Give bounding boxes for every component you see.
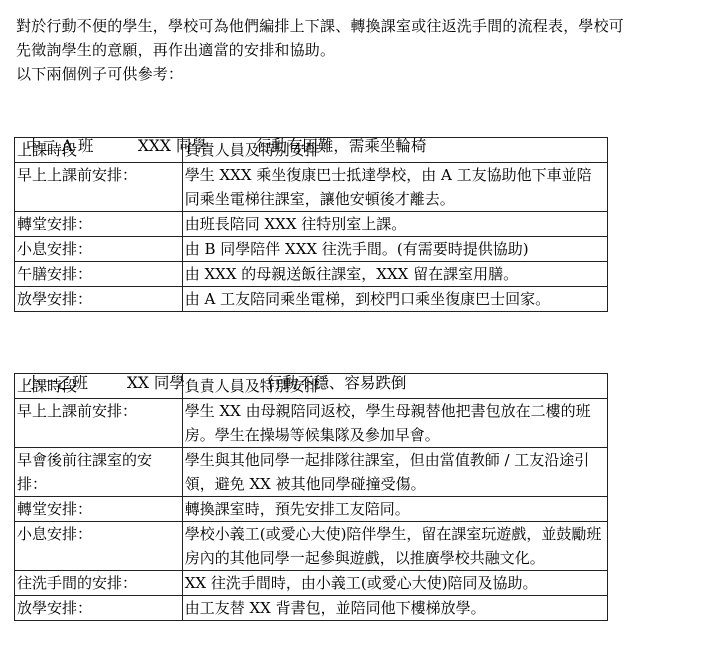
row-arrangement: 由 XXX 的母親送飯往課室，XXX 留在課室用膳。: [182, 262, 607, 287]
row-arrangement: 由 A 工友陪同乘坐電梯，到校門口乘坐復康巴士回家。: [182, 287, 607, 312]
table-row: 放學安排： 由工友替 XX 背書包，並陪同他下樓梯放學。: [15, 596, 608, 621]
row-arrangement: 由 B 同學陪伴 XXX 往洗手間。(有需要時提供協助): [182, 237, 607, 262]
row-period: 早上上課前安排：: [15, 163, 183, 212]
table-row: 早上上課前安排： 學生 XX 由母親陪同返校，學生母親替他把書包放在二樓的班房。…: [15, 399, 608, 448]
row-period: 放學安排：: [15, 596, 183, 621]
example-2-table: 上課時段 負責人員及特別安排 早上上課前安排： 學生 XX 由母親陪同返校，學生…: [14, 373, 608, 621]
header-period: 上課時段: [15, 374, 183, 399]
row-period: 午膳安排：: [15, 262, 183, 287]
example-1-table: 上課時段 負責人員及特別安排 早上上課前安排： 學生 XXX 乘坐復康巴士抵達學…: [14, 137, 608, 312]
table-row: 小息安排： 學校小義工(或愛心大使)陪伴學生，留在課室玩遊戲，並鼓勵班房內的其他…: [15, 522, 608, 571]
intro-line-3: 以下兩個例子可供參考：: [16, 62, 705, 86]
intro-paragraph: 對於行動不便的學生，學校可為他們編排上下課、轉換課室或往返洗手間的流程表，學校可…: [16, 14, 705, 86]
table-row: 放學安排： 由 A 工友陪同乘坐電梯，到校門口乘坐復康巴士回家。: [15, 287, 608, 312]
table-row: 午膳安排： 由 XXX 的母親送飯往課室，XXX 留在課室用膳。: [15, 262, 608, 287]
row-arrangement: 學生與其他同學一起排隊往課室，但由當值教師 / 工友沿途引領，避免 XX 被其他…: [182, 448, 607, 497]
intro-line-1: 對於行動不便的學生，學校可為他們編排上下課、轉換課室或往返洗手間的流程表，學校可: [16, 14, 705, 38]
row-arrangement: 學校小義工(或愛心大使)陪伴學生，留在課室玩遊戲，並鼓勵班房內的其他同學一起參與…: [182, 522, 607, 571]
row-arrangement: 由班長陪同 XXX 往特別室上課。: [182, 212, 607, 237]
row-period: 轉堂安排：: [15, 497, 183, 522]
header-period: 上課時段: [15, 138, 183, 163]
row-arrangement: 學生 XXX 乘坐復康巴士抵達學校，由 A 工友協助他下車並陪同乘坐電梯往課室，…: [182, 163, 607, 212]
row-arrangement: 學生 XX 由母親陪同返校，學生母親替他把書包放在二樓的班房。學生在操場等候集隊…: [182, 399, 607, 448]
header-arrangement: 負責人員及特別安排: [182, 138, 607, 163]
table-row: 小息安排： 由 B 同學陪伴 XXX 往洗手間。(有需要時提供協助): [15, 237, 608, 262]
table-header-row: 上課時段 負責人員及特別安排: [15, 374, 608, 399]
row-arrangement: XX 往洗手間時，由小義工(或愛心大使)陪同及協助。: [182, 571, 607, 596]
table-row: 轉堂安排： 由班長陪同 XXX 往特別室上課。: [15, 212, 608, 237]
row-period: 往洗手間的安排：: [15, 571, 183, 596]
table-header-row: 上課時段 負責人員及特別安排: [15, 138, 608, 163]
row-arrangement: 由工友替 XX 背書包，並陪同他下樓梯放學。: [182, 596, 607, 621]
table-row: 往洗手間的安排： XX 往洗手間時，由小義工(或愛心大使)陪同及協助。: [15, 571, 608, 596]
row-period: 放學安排：: [15, 287, 183, 312]
header-arrangement: 負責人員及特別安排: [182, 374, 607, 399]
table-row: 轉堂安排： 轉換課室時，預先安排工友陪同。: [15, 497, 608, 522]
row-period: 小息安排：: [15, 522, 183, 571]
table-row: 早會後前往課室的安排： 學生與其他同學一起排隊往課室，但由當值教師 / 工友沿途…: [15, 448, 608, 497]
row-period: 小息安排：: [15, 237, 183, 262]
row-arrangement: 轉換課室時，預先安排工友陪同。: [182, 497, 607, 522]
row-period: 早會後前往課室的安排：: [15, 448, 183, 497]
row-period: 轉堂安排：: [15, 212, 183, 237]
intro-line-2: 先徵詢學生的意願，再作出適當的安排和協助。: [16, 38, 705, 62]
row-period: 早上上課前安排：: [15, 399, 183, 448]
table-row: 早上上課前安排： 學生 XXX 乘坐復康巴士抵達學校，由 A 工友協助他下車並陪…: [15, 163, 608, 212]
